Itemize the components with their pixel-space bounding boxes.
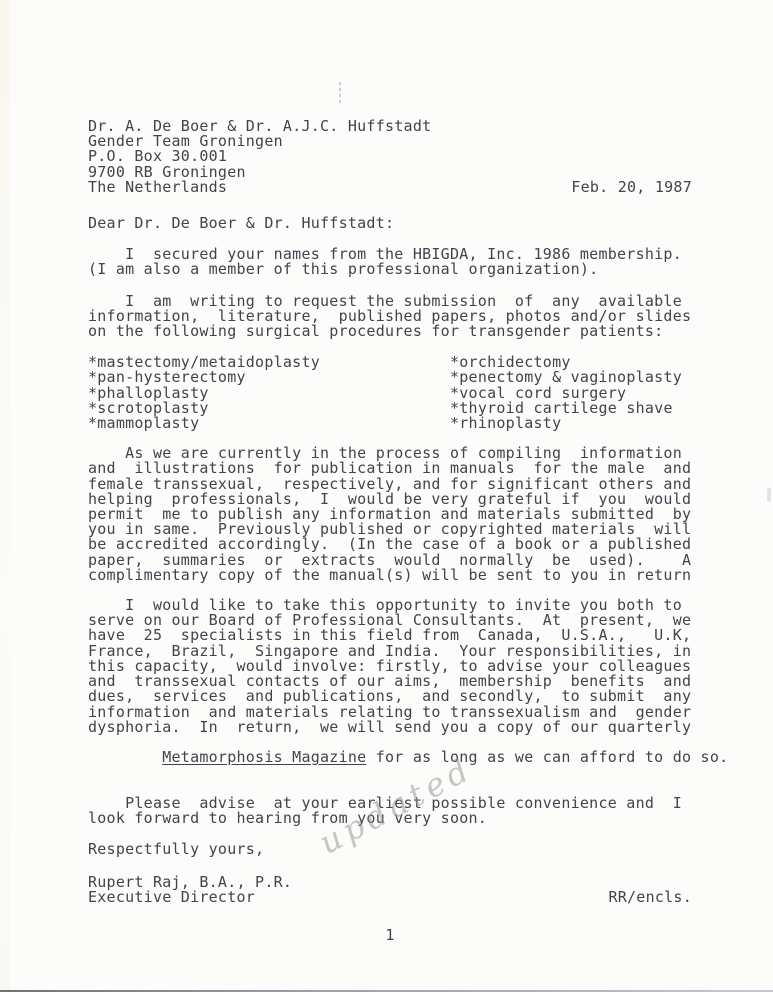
reference-initials: RR/encls. (608, 890, 692, 905)
letter-body: Dr. A. De Boer & Dr. A.J.C. Huffstadt Ge… (88, 119, 692, 943)
paragraph-3: As we are currently in the process of co… (88, 446, 692, 583)
paragraph-5: Please advise at your earliest possible … (88, 796, 692, 826)
salutation: Dear Dr. De Boer & Dr. Huffstadt: (88, 216, 692, 231)
procedure-item: *mammoplasty (88, 416, 450, 431)
scanned-letter-page: Dr. A. De Boer & Dr. A.J.C. Huffstadt Ge… (0, 0, 773, 1000)
paragraph-4-tail: for as long as we can afford to do so. (366, 748, 728, 766)
procedure-row: *mammoplasty *rhinoplasty (88, 416, 692, 431)
signature-title: Executive Director (88, 890, 255, 905)
scan-artifact-right-mark (767, 488, 771, 502)
paragraph-4-last-line: Metamorphosis Magazine for as long as we… (88, 735, 692, 781)
paragraph-4-text: I would like to take this opportunity to… (88, 598, 692, 735)
scan-artifact-top-mark (339, 82, 341, 106)
valediction: Respectfully yours, (88, 842, 692, 857)
scan-edge-shading (0, 0, 10, 1000)
recipient-address: Dr. A. De Boer & Dr. A.J.C. Huffstadt Ge… (88, 119, 692, 195)
recipient-country: The Netherlands (88, 180, 227, 195)
letter-date: Feb. 20, 1987 (571, 180, 692, 195)
magazine-title-underlined: Metamorphosis Magazine (162, 748, 366, 766)
signature-block: Rupert Raj, B.A., P.R. Executive Directo… (88, 875, 692, 905)
paragraph-2: I am writing to request the submission o… (88, 294, 692, 340)
country-and-date-line: The Netherlands Feb. 20, 1987 (88, 180, 692, 195)
paragraph-4: I would like to take this opportunity to… (88, 598, 692, 780)
procedures-list: *mastectomy/metaidoplasty *orchidectomy … (88, 355, 692, 431)
page-number: 1 (88, 928, 692, 943)
paragraph-1: I secured your names from the HBIGDA, In… (88, 247, 692, 277)
scan-bottom-margin (0, 992, 773, 1000)
signature-title-line: Executive Director RR/encls. (88, 890, 692, 905)
procedure-item: *rhinoplasty (450, 416, 561, 431)
